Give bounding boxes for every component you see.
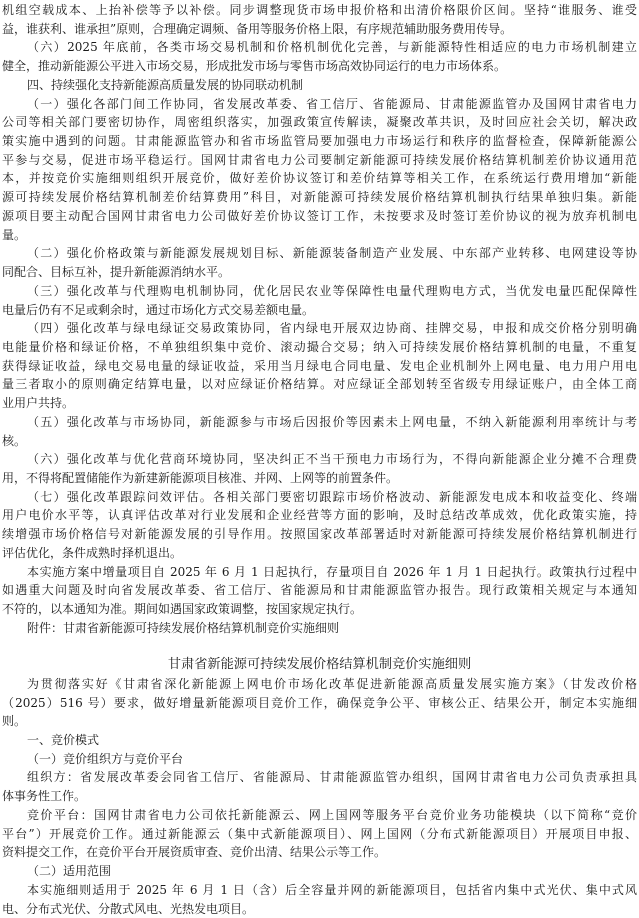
text-line: 益，谁获利、谁承担”原则，合理确定调频、备用等服务价格上限，有序规范辅助服务费用…: [2, 20, 637, 39]
text-line: （二）强化价格政策与新能源发展规划目标、新能源装备制造产业发展、中东部产业转移、…: [2, 244, 637, 263]
text-line: （2025）516 号）要求，做好增量新能源项目竞价工作，确保竞争公平、审核公正…: [2, 694, 637, 713]
subsection-heading: （一）竞价组织方与竞价平台: [2, 750, 637, 769]
text-line: 同配合、目标互补，提升新能源消纳水平。: [2, 263, 637, 282]
subsection-heading: （二）适用范围: [2, 862, 637, 881]
appendix-title: 甘肃省新能源可持续发展价格结算机制竞价实施细则: [2, 656, 637, 675]
text-line: 电量后仍有不足或剩余时，通过市场化方式交易差额电量。: [2, 301, 637, 320]
text-line: 四、持续强化支持新能源高质量发展的协同联动机制: [2, 76, 637, 95]
text-line: 为贯彻落实好《甘肃省深化新能源上网电价市场化改革促进新能源高质量发展实施方案》（…: [2, 675, 637, 694]
text-line: 资料提交工作，在竞价平台开展资质审查、竞价出清、结果公示等工作。: [2, 843, 637, 862]
text-line: 平台”）开展竞价工作。通过新能源云（集中式新能源项目）、网上国网（分布式新能源项…: [2, 825, 637, 844]
text-line: 竞价平台：国网甘肃省电力公司依托新能源云、网上国网等服务平台竞价业务功能模块（以…: [2, 806, 637, 825]
document-page: 机组空载成本、上抬补偿等予以补偿。同步调整现货市场申报价格和出清价格限价区间。坚…: [0, 0, 639, 918]
text-line: 本实施细则适用于 2025 年 6 月 1 日（含）后全容量并网的新能源项目，包…: [2, 881, 637, 900]
text-line: 本实施方案中增量项目自 2025 年 6 月 1 日起执行，存量项目自 2026…: [2, 563, 637, 582]
text-line: 电能量价格和绿证价格，不单独组织集中竞价、滚动撮合交易；纳入可持续发展价格结算机…: [2, 338, 637, 357]
text-line: （六）2025 年底前，各类市场交易机制和价格机制优化完善，与新能源特性相适应的…: [2, 38, 637, 57]
text-line: 组织方：省发展改革委会同省工信厅、省能源局、甘肃能源监管办组织，国网甘肃省电力公…: [2, 768, 637, 787]
text-line: （四）强化改革与绿电绿证交易政策协同，省内绿电开展双边协商、挂牌交易，申报和成交…: [2, 319, 637, 338]
text-line: （六）强化改革与优化营商环境协同，坚决纠正不当干预电力市场行为，不得向新能源企业…: [2, 450, 637, 469]
text-line: 体事务性工作。: [2, 787, 637, 806]
text-line: 业用户共持。: [2, 394, 637, 413]
text-line: 如遇重大问题及时向省发展改革委、省工信厅、省能源局和甘肃能源监管办报告。现行政策…: [2, 581, 637, 600]
text-line: （七）强化改革跟踪问效评估。各相关部门要密切跟踪市场价格波动、新能源发电成本和收…: [2, 488, 637, 507]
text-line: 核。: [2, 432, 637, 451]
text-line: 评估优化，条件成熟时择机退出。: [2, 544, 637, 563]
text-line: 公司等相关部门要密切协作，周密组织落实，加强政策宣传解读，凝聚改革共识，及时回应…: [2, 113, 637, 132]
text-line: 机组空载成本、上抬补偿等予以补偿。同步调整现货市场申报价格和出清价格限价区间。坚…: [2, 1, 637, 20]
text-line: 续增强市场价格信号对新能源发展的引导作用。按照国家改革部署适时对新能源可持续发展…: [2, 525, 637, 544]
text-line: 量三者取小的原则确定结算电量，以对应绿证价格结算。对应绿证全部划转至省级专用绿证…: [2, 375, 637, 394]
text-line: （三）强化改革与代理购电机制协同，优化居民农业等保障性电量代理购电方式，当优发电…: [2, 282, 637, 301]
text-line: 获得绿证收益，绿电交易电量的绿证收益，采用当月绿电合同电量、发电企业机制外上网电…: [2, 357, 637, 376]
text-line: 策实施中遇到的问题。甘肃能源监管办和省市场监管局要加强电力市场运行和秩序的监督检…: [2, 132, 637, 151]
text-line: 平参与交易，促进市场平稳运行。国网甘肃省电力公司要制定新能源可持续发展价格结算机…: [2, 151, 637, 170]
text-line: （五）强化改革与市场协同，新能源参与市场后因报价等因素未上网电量，不纳入新能源利…: [2, 413, 637, 432]
text-line: 电、分布式光伏、分散式风电、光热发电项目。: [2, 900, 637, 918]
blank-line: [2, 637, 637, 656]
text-line: 用，不得将配置储能作为新建新能源项目核准、并网、上网等的前置条件。: [2, 469, 637, 488]
text-line: 量。: [2, 226, 637, 245]
text-line: 本，并按竞价实施细则组织开展竞价，做好差价协议签订和差价结算等相关工作，在系统运…: [2, 169, 637, 188]
text-line: 源可持续发展价格结算机制差价结算费用”科目，对新能源可持续发展价格结算机制执行结…: [2, 188, 637, 207]
attachment-note: 附件：甘肃省新能源可持续发展价格结算机制竞价实施细则: [2, 619, 637, 638]
section-heading: 一、竞价模式: [2, 731, 637, 750]
text-line: 健全，推动新能源公平进入市场交易，形成批发市场与零售市场高效协同运行的电力市场体…: [2, 57, 637, 76]
text-line: 用户电价水平等，认真评估改革对行业发展和企业经营等方面的影响，及时总结改革成效，…: [2, 506, 637, 525]
text-line: 则。: [2, 712, 637, 731]
text-line: （一）强化各部门间工作协同，省发展改革委、省工信厅、省能源局、甘肃能源监管办及国…: [2, 95, 637, 114]
text-line: 不符的，以本通知为准。期间如遇国家政策调整，按国家规定执行。: [2, 600, 637, 619]
text-line: 源项目要主动配合国网甘肃省电力公司做好差价协议签订工作，未按要求及时签订差价协议…: [2, 207, 637, 226]
